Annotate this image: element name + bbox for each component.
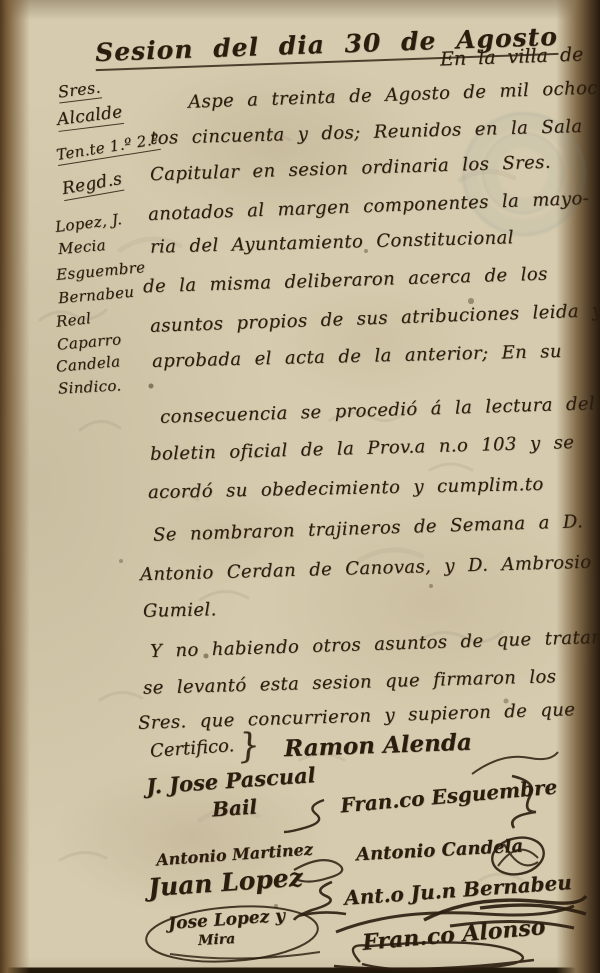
signature-juan-lopez: Juan Lopez [147, 863, 304, 903]
body-line: Sres. que concurrieron y supieron de que [138, 699, 576, 734]
margin-item-bernabeu: Bernabeu [57, 283, 134, 308]
certify-brace: } [236, 725, 262, 767]
margin-item-mecia: Mecia [57, 236, 106, 258]
body-line: de la misma deliberaron acerca de los [143, 264, 548, 298]
margin-item-tenientes: Ten.te 1.º 2.º [55, 130, 160, 166]
body-line: ria del Ayuntamiento Constitucional [150, 227, 514, 258]
margin-item-candela: Candela [55, 352, 121, 376]
margin-item-alcalde: Alcalde [56, 102, 124, 132]
signature-jose-lopez-mira-group: Jose Lopez y Mira [140, 902, 330, 966]
body-line: aprobada el acta de la anterior; En su [152, 341, 562, 372]
margin-item-senores: Sres. [57, 77, 102, 103]
margin-item-regidores: Regd.s [61, 169, 124, 201]
manuscript-page: Sesion del dia 30 de Agosto En la villa … [0, 0, 600, 973]
alonso-top-flourish [420, 892, 590, 928]
esguembre-rubric [492, 772, 548, 832]
margin-item-sindico: Sindico. [58, 376, 122, 397]
pascual-rubric [280, 796, 340, 836]
body-line: se levantó esta sesion que firmaron los [143, 666, 557, 699]
body-line: asuntos propios de sus atribuciones leid… [150, 300, 600, 337]
body-line: Gumiel. [143, 599, 217, 622]
signature-jose-pascual: J. Jose Pascual [145, 762, 316, 799]
body-line: Antonio Cerdan de Canovas, y D. Ambrosio [140, 552, 592, 586]
ink-specks [0, 0, 2, 2]
body-line: consecuencia se procedió á la lectura de… [160, 393, 596, 428]
body-line: Y no habiendo otros asuntos de que trata… [150, 627, 600, 662]
margin-item-esguembre: Esguembre [55, 258, 146, 284]
signature-jose-pascual-bail: Bail [211, 794, 258, 821]
body-line: Se nombraron trajineros de Semana a D. [153, 511, 584, 546]
margin-item-lopez: Lopez, J. [54, 210, 123, 236]
certify-word: Certifico. [149, 735, 235, 762]
body-line: Aspe a treinta de Agosto de mil ochocien… [188, 76, 600, 113]
signature-ramon-alenda: Ramon Alenda [284, 729, 473, 763]
session-title-suffix: En la villa de [440, 44, 584, 71]
signature-jose-lopez-line2: Mira [198, 931, 236, 949]
margin-item-caparro: Caparro [56, 330, 122, 354]
margin-item-real: Real [55, 309, 92, 331]
body-line: boletin oficial de la Prov.a n.o 103 y s… [150, 432, 575, 465]
body-line: acordó su obedecimiento y cumplim.to [148, 474, 544, 503]
alonso-bottom-rubric [330, 938, 550, 972]
